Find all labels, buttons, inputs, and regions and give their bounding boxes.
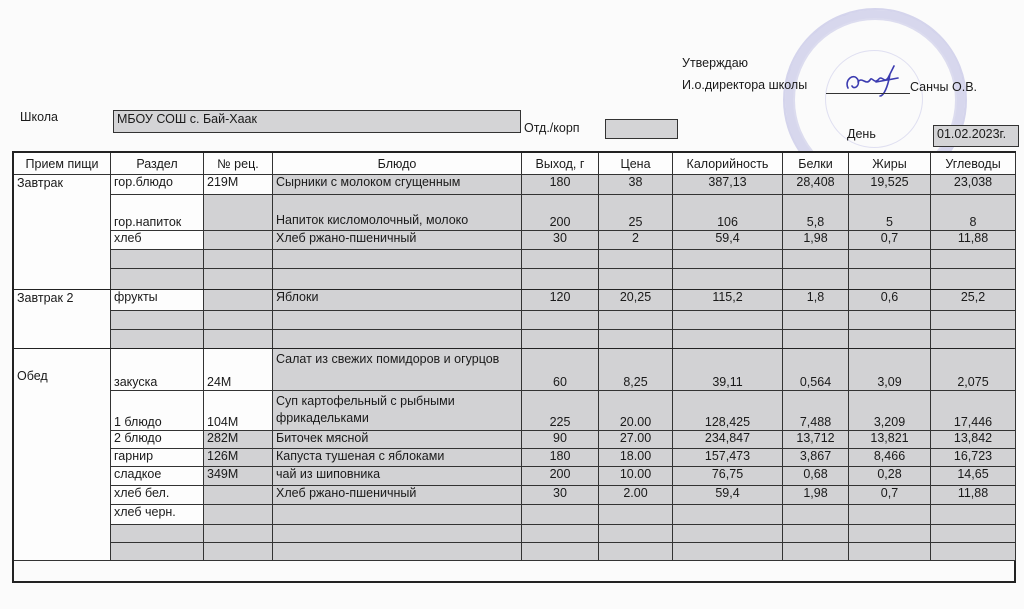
table-cell-fat: 0,7 (849, 486, 931, 505)
table-cell-fat: 3,09 (849, 349, 931, 391)
table-cell-protein (783, 543, 849, 561)
table-cell-calories: 59,4 (673, 486, 783, 505)
table-cell-dish: Яблоки (273, 290, 522, 311)
table-cell-yield (522, 330, 599, 349)
table-cell-section (111, 250, 204, 269)
table-cell-carbs (931, 525, 1016, 543)
table-cell-recipe (204, 505, 273, 525)
table-cell-calories: 106 (673, 195, 783, 231)
column-header-fat: Жиры (849, 153, 931, 175)
table-cell-recipe: 349М (204, 467, 273, 486)
table-cell-dish: чай из шиповника (273, 467, 522, 486)
table-cell-protein: 1,8 (783, 290, 849, 311)
table-cell-section (111, 543, 204, 561)
table-cell-carbs (931, 505, 1016, 525)
table-cell-calories: 387,13 (673, 175, 783, 195)
table-cell-yield: 30 (522, 486, 599, 505)
table-cell-recipe (204, 195, 273, 231)
table-cell-section: хлеб черн. (111, 505, 204, 525)
school-field[interactable]: МБОУ СОШ с. Бай-Хаак (113, 110, 521, 133)
table-cell-protein: 1,98 (783, 231, 849, 250)
table-cell-section: гор.блюдо (111, 175, 204, 195)
school-label: Школа (20, 110, 58, 124)
table-cell-price (599, 330, 673, 349)
table-cell-carbs (931, 250, 1016, 269)
table-cell-section: хлеб бел. (111, 486, 204, 505)
table-cell-yield (522, 250, 599, 269)
table-cell-price: 2.00 (599, 486, 673, 505)
day-field[interactable]: 01.02.2023г. (933, 125, 1019, 147)
table-cell-protein (783, 311, 849, 330)
table-cell-price: 18.00 (599, 449, 673, 467)
table-cell-fat: 0,7 (849, 231, 931, 250)
table-cell-price (599, 311, 673, 330)
table-cell-section: 1 блюдо (111, 391, 204, 431)
table-cell-section: 2 блюдо (111, 431, 204, 449)
table-cell-calories: 76,75 (673, 467, 783, 486)
table-cell-section: сладкое (111, 467, 204, 486)
table-cell-protein (783, 330, 849, 349)
table-cell-price (599, 525, 673, 543)
meal-name-cell: Обед (14, 349, 111, 561)
table-cell-yield: 30 (522, 231, 599, 250)
column-header-dish: Блюдо (273, 153, 522, 175)
table-cell-section (111, 269, 204, 290)
table-cell-fat (849, 525, 931, 543)
table-cell-dish (273, 250, 522, 269)
table-cell-yield: 180 (522, 175, 599, 195)
table-cell-recipe (204, 311, 273, 330)
table-cell-carbs: 25,2 (931, 290, 1016, 311)
table-cell-dish: Напиток кисломолочный, молоко (273, 195, 522, 231)
table-cell-recipe: 282М (204, 431, 273, 449)
table-cell-carbs (931, 330, 1016, 349)
table-cell-protein: 5,8 (783, 195, 849, 231)
table-cell-price (599, 250, 673, 269)
table-cell-fat: 13,821 (849, 431, 931, 449)
table-cell-recipe (204, 486, 273, 505)
table-cell-fat (849, 505, 931, 525)
table-cell-calories (673, 269, 783, 290)
table-cell-price: 2 (599, 231, 673, 250)
table-cell-calories: 59,4 (673, 231, 783, 250)
table-cell-fat: 0,6 (849, 290, 931, 311)
table-cell-recipe: 104М (204, 391, 273, 431)
table-cell-recipe (204, 269, 273, 290)
table-cell-calories (673, 505, 783, 525)
table-cell-fat (849, 311, 931, 330)
table-cell-fat: 5 (849, 195, 931, 231)
meal-name-cell: Завтрак (14, 175, 111, 290)
table-cell-calories: 39,11 (673, 349, 783, 391)
table-cell-section (111, 311, 204, 330)
table-cell-protein (783, 505, 849, 525)
table-cell-yield: 200 (522, 467, 599, 486)
table-cell-calories: 157,473 (673, 449, 783, 467)
day-label: День (847, 127, 876, 141)
column-header-yield: Выход, г (522, 153, 599, 175)
table-cell-dish: Капуста тушеная с яблоками (273, 449, 522, 467)
table-cell-dish: Салат из свежих помидоров и огурцов (273, 349, 522, 391)
table-cell-yield: 225 (522, 391, 599, 431)
table-cell-carbs (931, 311, 1016, 330)
table-cell-protein: 13,712 (783, 431, 849, 449)
table-cell-price: 20,25 (599, 290, 673, 311)
table-cell-section: гор.напиток (111, 195, 204, 231)
table-cell-calories: 234,847 (673, 431, 783, 449)
table-cell-dish (273, 505, 522, 525)
table-cell-yield (522, 505, 599, 525)
table-cell-dish: Сырники с молоком сгущенным (273, 175, 522, 195)
table-cell-recipe: 24М (204, 349, 273, 391)
table-cell-section: закуска (111, 349, 204, 391)
table-cell-recipe (204, 250, 273, 269)
table-cell-protein (783, 269, 849, 290)
table-cell-price: 25 (599, 195, 673, 231)
column-header-recipe: № рец. (204, 153, 273, 175)
table-cell-dish: Хлеб ржано-пшеничный (273, 486, 522, 505)
table-cell-carbs: 11,88 (931, 231, 1016, 250)
table-cell-dish: Суп картофельный с рыбными фрикадельками (273, 391, 522, 431)
table-cell-yield: 200 (522, 195, 599, 231)
table-cell-carbs: 17,446 (931, 391, 1016, 431)
column-header-section: Раздел (111, 153, 204, 175)
table-cell-fat: 3,209 (849, 391, 931, 431)
table-cell-protein: 3,867 (783, 449, 849, 467)
table-cell-recipe (204, 525, 273, 543)
table-cell-protein: 0,68 (783, 467, 849, 486)
signature-line (826, 93, 910, 94)
table-cell-calories (673, 525, 783, 543)
table-cell-price: 20.00 (599, 391, 673, 431)
table-cell-section (111, 525, 204, 543)
column-header-carbs: Углеводы (931, 153, 1016, 175)
table-cell-protein: 7,488 (783, 391, 849, 431)
table-cell-fat (849, 330, 931, 349)
table-cell-recipe: 219М (204, 175, 273, 195)
table-cell-yield: 180 (522, 449, 599, 467)
dept-label: Отд./корп (524, 121, 580, 135)
dept-field[interactable] (605, 119, 678, 139)
table-cell-price: 38 (599, 175, 673, 195)
menu-table: Прием пищиРаздел№ рец.БлюдоВыход, гЦенаК… (12, 151, 1016, 583)
table-cell-fat (849, 543, 931, 561)
table-cell-recipe (204, 290, 273, 311)
table-cell-yield (522, 269, 599, 290)
table-cell-fat: 0,28 (849, 467, 931, 486)
table-cell-fat (849, 269, 931, 290)
table-cell-protein: 28,408 (783, 175, 849, 195)
table-cell-price: 27.00 (599, 431, 673, 449)
table-cell-yield: 90 (522, 431, 599, 449)
table-cell-yield (522, 543, 599, 561)
table-cell-fat (849, 250, 931, 269)
table-cell-recipe (204, 543, 273, 561)
table-cell-section: хлеб (111, 231, 204, 250)
column-header-protein: Белки (783, 153, 849, 175)
table-cell-price (599, 505, 673, 525)
table-cell-section: фрукты (111, 290, 204, 311)
table-cell-carbs: 13,842 (931, 431, 1016, 449)
table-cell-dish: Хлеб ржано-пшеничный (273, 231, 522, 250)
table-cell-calories (673, 311, 783, 330)
column-header-price: Цена (599, 153, 673, 175)
table-cell-carbs: 2,075 (931, 349, 1016, 391)
table-cell-dish (273, 330, 522, 349)
table-cell-price: 10.00 (599, 467, 673, 486)
table-cell-recipe (204, 231, 273, 250)
column-header-meal: Прием пищи (14, 153, 111, 175)
table-cell-price (599, 543, 673, 561)
table-cell-recipe (204, 330, 273, 349)
approve-label: Утверждаю (682, 56, 748, 70)
table-cell-section: гарнир (111, 449, 204, 467)
table-cell-price: 8,25 (599, 349, 673, 391)
table-cell-dish (273, 311, 522, 330)
table-cell-carbs: 23,038 (931, 175, 1016, 195)
table-cell-section (111, 330, 204, 349)
table-cell-fat: 8,466 (849, 449, 931, 467)
table-cell-yield: 60 (522, 349, 599, 391)
table-cell-yield (522, 311, 599, 330)
table-cell-dish (273, 269, 522, 290)
table-cell-calories (673, 250, 783, 269)
meal-name-cell: Завтрак 2 (14, 290, 111, 349)
table-cell-recipe: 126М (204, 449, 273, 467)
table-cell-dish (273, 543, 522, 561)
table-cell-yield (522, 525, 599, 543)
table-cell-calories (673, 330, 783, 349)
table-cell-calories: 115,2 (673, 290, 783, 311)
table-cell-dish: Биточек мясной (273, 431, 522, 449)
table-cell-carbs (931, 543, 1016, 561)
table-cell-carbs: 16,723 (931, 449, 1016, 467)
table-cell-protein (783, 250, 849, 269)
table-cell-carbs: 8 (931, 195, 1016, 231)
table-cell-dish (273, 525, 522, 543)
table-cell-carbs: 11,88 (931, 486, 1016, 505)
table-cell-yield: 120 (522, 290, 599, 311)
column-header-calories: Калорийность (673, 153, 783, 175)
table-cell-fat: 19,525 (849, 175, 931, 195)
table-cell-protein (783, 525, 849, 543)
position-label: И.о.директора школы (682, 78, 807, 92)
table-cell-protein: 1,98 (783, 486, 849, 505)
table-cell-calories (673, 543, 783, 561)
table-cell-carbs (931, 269, 1016, 290)
signer-name: Санчы О.В. (910, 80, 977, 94)
table-cell-protein: 0,564 (783, 349, 849, 391)
table-cell-calories: 128,425 (673, 391, 783, 431)
table-cell-carbs: 14,65 (931, 467, 1016, 486)
table-cell-price (599, 269, 673, 290)
